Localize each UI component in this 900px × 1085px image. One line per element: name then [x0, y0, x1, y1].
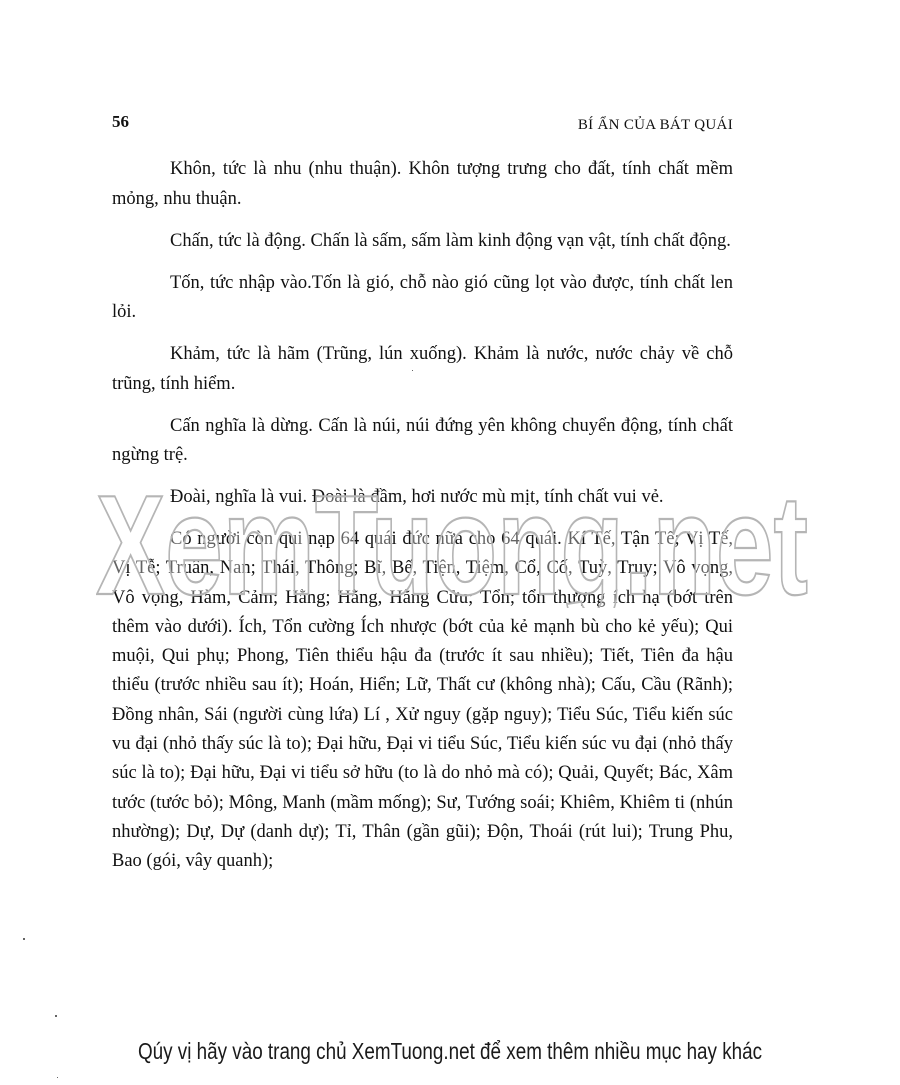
scan-speck	[55, 1015, 57, 1017]
page-number: 56	[112, 112, 129, 132]
paragraph-kham: Khảm, tức là hãm (Trũng, lún xuống). Khả…	[112, 340, 733, 399]
paragraph-can: Cấn nghĩa là dừng. Cấn là núi, núi đứng …	[112, 412, 733, 471]
scan-speck	[23, 938, 25, 940]
paragraph-doai: Đoài, nghĩa là vui. Đoài là đầm, hơi nướ…	[112, 483, 733, 513]
scan-speck	[412, 370, 413, 371]
paragraph-chan: Chấn, tức là động. Chấn là sấm, sấm làm …	[112, 227, 733, 257]
paragraph-ton: Tốn, tức nhập vào.Tốn là gió, chỗ nào gi…	[112, 269, 733, 328]
running-header: BÍ ẨN CỦA BÁT QUÁI	[578, 117, 733, 134]
body-text: Khôn, tức là nhu (nhu thuận). Khôn tượng…	[112, 155, 733, 889]
scan-speck	[57, 1077, 58, 1078]
paragraph-khon: Khôn, tức là nhu (nhu thuận). Khôn tượng…	[112, 155, 733, 214]
footer-link-text: Qúy vị hãy vào trang chủ XemTuong.net để…	[81, 1038, 819, 1065]
paragraph-64-quai-duc: Có người còn qui nạp 64 quái đức nữa cho…	[112, 525, 733, 877]
